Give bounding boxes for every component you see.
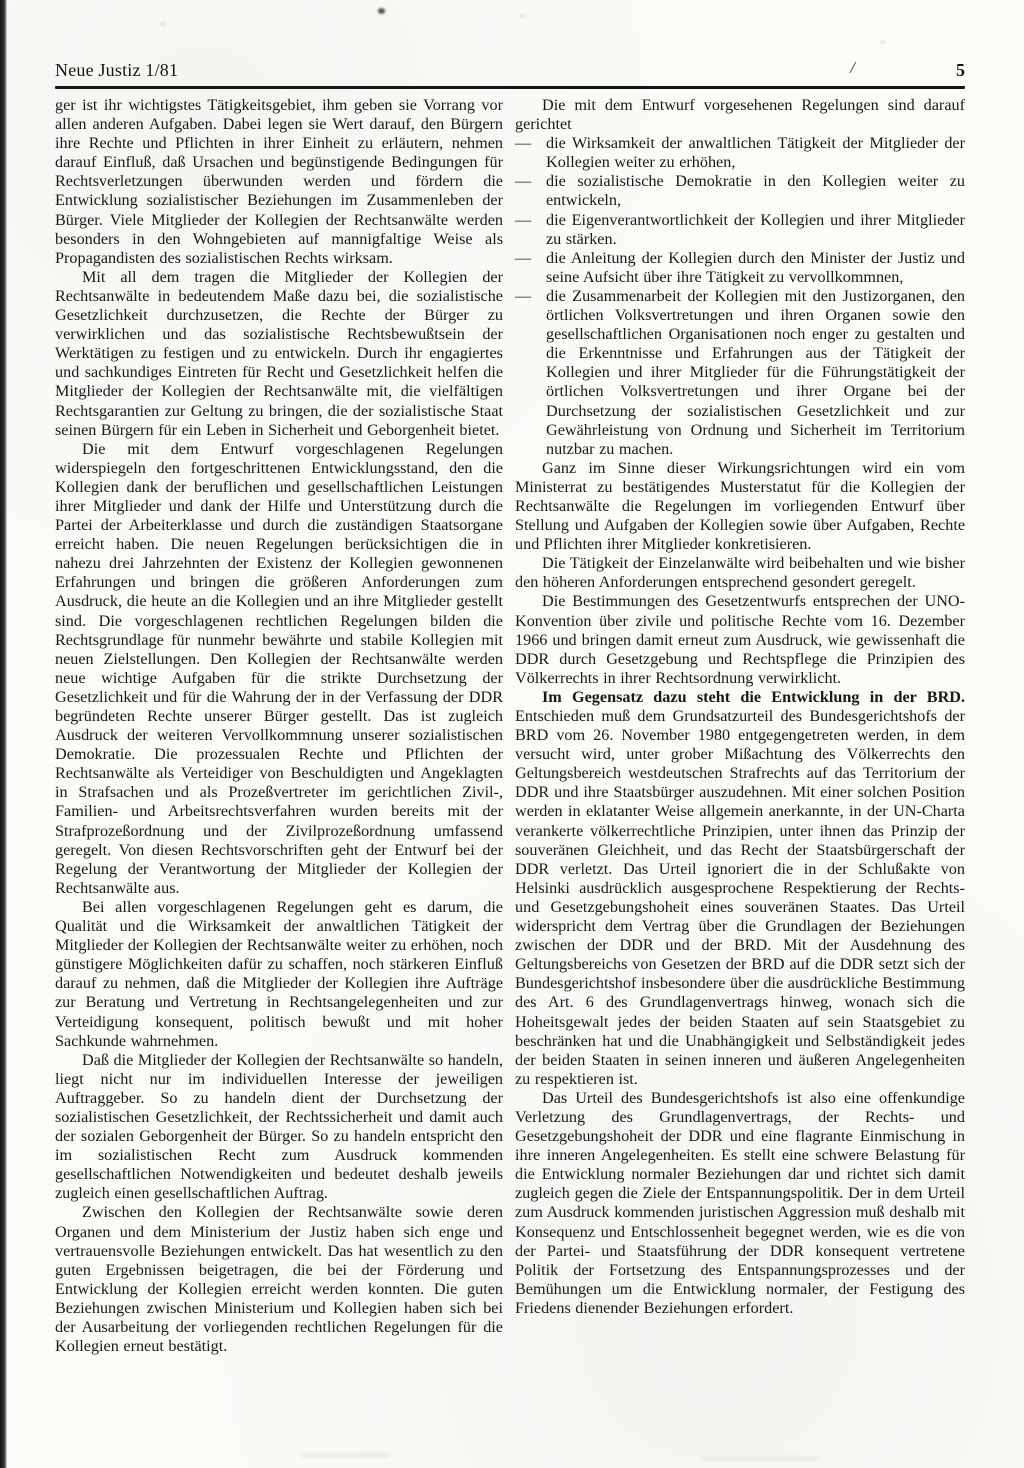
scan-edge-shadow bbox=[0, 0, 7, 1468]
scan-artifact bbox=[378, 8, 385, 14]
body-paragraph: Mit all dem tragen die Mitglieder der Ko… bbox=[55, 268, 503, 440]
dash-bullet: — bbox=[515, 211, 535, 230]
dash-bullet: — bbox=[515, 134, 535, 153]
left-text-column: ger ist ihr wichtigstes Tätigkeitsgebiet… bbox=[55, 96, 503, 1356]
journal-title: Neue Justiz 1/81 bbox=[55, 60, 178, 81]
right-text-column: Die mit dem Entwurf vorgesehenen Regelun… bbox=[515, 96, 965, 1318]
dash-list-item-text: die Anleitung der Kollegien durch den Mi… bbox=[546, 249, 965, 286]
scan-artifact bbox=[520, 14, 524, 18]
body-paragraph: Die Bestimmungen des Gesetzentwurfs ents… bbox=[515, 592, 965, 687]
dash-list-item-text: die Zusammenarbeit der Kollegien mit den… bbox=[546, 287, 965, 458]
dash-bullet: — bbox=[515, 172, 535, 191]
dash-list-item: —die Wirksamkeit der anwaltlichen Tätigk… bbox=[515, 134, 965, 172]
scan-artifact bbox=[160, 22, 165, 26]
body-paragraph: Die mit dem Entwurf vorgesehenen Regelun… bbox=[515, 96, 965, 134]
handwritten-slash-mark: / bbox=[850, 58, 855, 78]
body-paragraph: Im Gegensatz dazu steht die Entwicklung … bbox=[515, 688, 965, 1089]
dash-list-item: —die Eigenverantwortlichkeit der Kollegi… bbox=[515, 211, 965, 249]
bold-lead-sentence: Im Gegensatz dazu steht die Entwicklung … bbox=[542, 688, 965, 706]
dash-list-item-text: die Eigenverantwortlichkeit der Kollegie… bbox=[546, 211, 965, 248]
body-paragraph: Bei allen vorgeschlagenen Regelungen geh… bbox=[55, 898, 503, 1051]
scan-artifact bbox=[300, 1452, 390, 1458]
dash-bullet: — bbox=[515, 287, 535, 306]
body-paragraph: Die Tätigkeit der Einzelanwälte wird bei… bbox=[515, 554, 965, 592]
page-number: 5 bbox=[956, 60, 965, 81]
body-paragraph: Das Urteil des Bundesgerichtshofs ist al… bbox=[515, 1089, 965, 1318]
page-header: Neue Justiz 1/81 / 5 bbox=[55, 58, 965, 88]
dash-list-item: —die Anleitung der Kollegien durch den M… bbox=[515, 249, 965, 287]
scan-artifact bbox=[880, 40, 885, 44]
body-paragraph: Daß die Mitglieder der Kollegien der Rec… bbox=[55, 1051, 503, 1204]
body-paragraph: Die mit dem Entwurf vorgeschlagenen Rege… bbox=[55, 440, 503, 898]
dash-list-item-text: die Wirksamkeit der anwaltlichen Tätigke… bbox=[546, 134, 965, 171]
dash-list-item-text: die sozialistische Demokratie in den Kol… bbox=[546, 172, 965, 209]
header-rule bbox=[55, 86, 965, 89]
dash-list-item: —die sozialistische Demokratie in den Ko… bbox=[515, 172, 965, 210]
scan-artifact bbox=[700, 1456, 820, 1461]
dash-bullet: — bbox=[515, 249, 535, 268]
body-paragraph: Zwischen den Kollegien der Rechtsanwälte… bbox=[55, 1203, 503, 1356]
dash-list-item: —die Zusammenarbeit der Kollegien mit de… bbox=[515, 287, 965, 459]
body-paragraph: ger ist ihr wichtigstes Tätigkeitsgebiet… bbox=[55, 96, 503, 268]
body-paragraph: Ganz im Sinne dieser Wirkungsrichtungen … bbox=[515, 459, 965, 554]
